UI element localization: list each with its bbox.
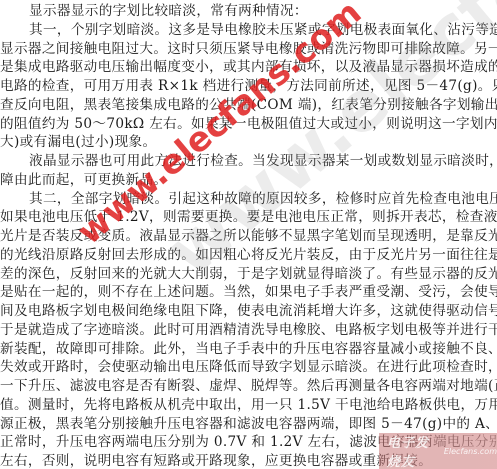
text-line: 障由此而起，可更换新品。 (0, 171, 497, 189)
text-line: 显示器显示的字划比较暗淡，常有两种情况： (0, 2, 497, 20)
text-line: 是集成电路驱动电压输出幅度变小，或其内部有损坏，以及液晶显示器损坏造成的。对于集… (0, 58, 497, 76)
text-line: 差的深色，反射回来的光就大大削弱，于是字划就显得暗淡了。有些显示器的反光片与显示… (0, 265, 497, 283)
text-line: 是贴在一起的，则不存在上述问题。当然，如果电子手表严重受潮、受污，会使导电橡胶导… (0, 283, 497, 301)
logo-chinese-text: 电子发烧友 (387, 432, 440, 469)
text-line: 其二，全部字划暗淡。引起这种故障的原因较多，检修时应首先检查电池电压是否过低。 (0, 190, 497, 208)
text-line: 新装配，故障即可排除。此外，当电子手表中的升压电容器容量减小或接触不良、滤波电容… (0, 340, 497, 358)
text-line: 其一，个别字划暗淡。这多是导电橡胶未压紧或字划电极表面氧化、沾污等造成电路板与 (0, 21, 497, 39)
logo-english-text: Elecfans.com (444, 447, 497, 456)
text-line: 的阻值约为 50～70kΩ 左右。如果某一电极阻值过大或过小，则说明这一字划内部… (0, 115, 497, 133)
text-line: 大)或有漏电(过小)现象。 (0, 133, 497, 151)
text-line: 值。测量时，先将电路板从机壳中取出，用一只 1.5V 干电池给电路板供电，万用表… (0, 396, 497, 414)
text-line: 的光线沿原路反射回去形成的。如因粗心将反光片装反，由于反光片另一面往往是反射性能 (0, 246, 497, 264)
text-line: 如果电池电压低于 1.2V，则需要更换。要是电池电压正常，则拆开表芯，检查液晶显… (0, 208, 497, 226)
text-line: 间及电路板字划电极间绝缘电阻下降，使表电流消耗增大许多，这就使得驱动信号电压降低… (0, 302, 497, 320)
text-line: 液晶显示器也可用此方法进行检查。当发现显示器某一划或数划显示暗淡时，则说明故 (0, 152, 497, 170)
text-line: 电路的检查，可用万用表 R×1k 档进行测量，方法同前所述，见图 5－47(g)… (0, 77, 497, 95)
text-line: 显示器之间接触电阻过大。这时只须压紧导电橡胶或清洗污物即可排除故障。另一个原因就 (0, 40, 497, 58)
text-line: 光片是否装反或变质。液晶显示器之所以能够不显黑字笔划而呈现透明，是靠反光片将入射 (0, 227, 497, 245)
text-line: 源正极，黑表笔分别接触升压电容器和滤波电容器两端，即图 5－47(g)中的 A、… (0, 415, 497, 433)
text-line: 查反向电阻，黑表笔接集成电路的公共端(COM 端)，红表笔分别接触各字划输出电极… (0, 96, 497, 114)
text-line: 于是就造成了字迹暗淡。此时可用酒精清洗导电橡胶、电路板字划电极等并进行干燥处理，… (0, 321, 497, 339)
text-line: 一下升压、滤波电容是否有断裂、虚焊、脱焊等。然后再测量各电容两端对地端(正极)的… (0, 377, 497, 395)
site-logo: 电子发烧友 Elecfans.com (379, 433, 497, 469)
document-page: 显示器显示的字划比较暗淡，常有两种情况：其一，个别字划暗淡。这多是导电橡胶未压紧… (0, 0, 497, 469)
text-line: 失效或开路时，会使驱动输出电压降低而导致字划显示暗淡。在进行此项检查时，先直观检… (0, 358, 497, 376)
